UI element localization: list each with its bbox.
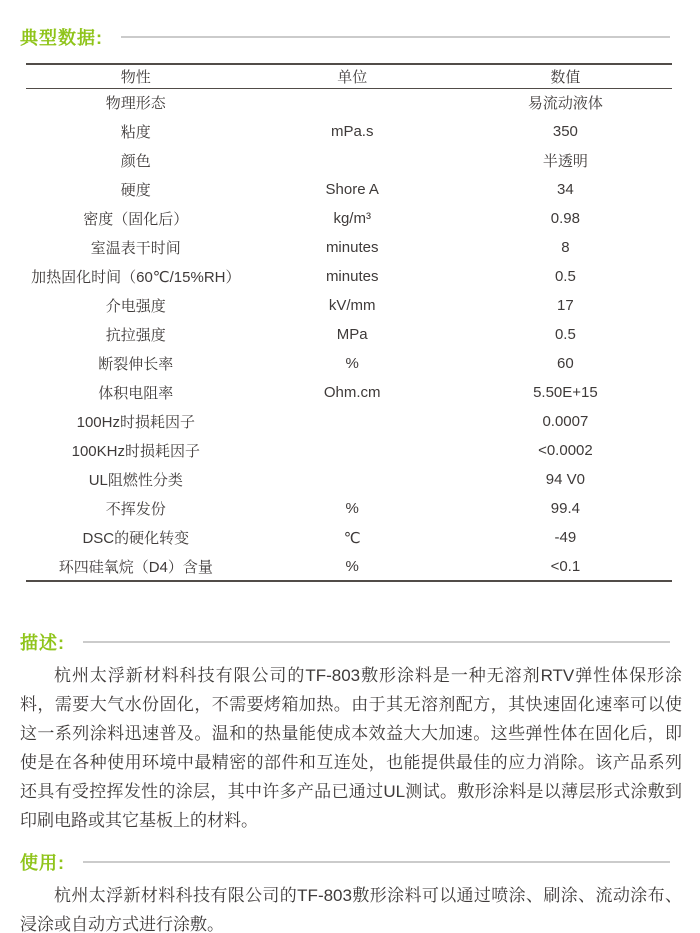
property-cell: 颜色 (26, 146, 246, 175)
property-cell: 不挥发份 (26, 494, 246, 523)
value-cell: -49 (459, 523, 672, 552)
typical-data-section-header: 典型数据: (20, 24, 682, 50)
value-cell: 94 V0 (459, 465, 672, 494)
description-title: 描述: (20, 629, 65, 655)
usage-paragraph: 杭州太浮新材料科技有限公司的TF-803敷形涂料可以通过喷涂、刷涂、流动涂布、浸… (20, 881, 682, 933)
unit-cell: minutes (246, 262, 459, 291)
usage-title: 使用: (20, 849, 65, 875)
value-cell: 34 (459, 175, 672, 204)
description-section-header: 描述: (20, 629, 682, 655)
table-row: 介电强度 kV/mm 17 (26, 291, 672, 320)
column-header-value: 数值 (459, 64, 672, 88)
typical-data-title: 典型数据: (20, 24, 103, 50)
value-cell: 5.50E+15 (459, 378, 672, 407)
unit-cell (246, 436, 459, 465)
table-row: 体积电阻率 Ohm.cm 5.50E+15 (26, 378, 672, 407)
column-header-unit: 单位 (246, 64, 459, 88)
unit-cell: mPa.s (246, 117, 459, 146)
table-row: 100KHz时损耗因子 <0.0002 (26, 436, 672, 465)
unit-cell (246, 407, 459, 436)
property-cell: 密度（固化后） (26, 204, 246, 233)
unit-cell (246, 88, 459, 117)
typical-data-table: 物性 单位 数值 物理形态 易流动液体 粘度 mPa.s 350 颜色 半透明 … (26, 63, 672, 582)
table-row: 室温表干时间 minutes 8 (26, 233, 672, 262)
table-header-row: 物性 单位 数值 (26, 64, 672, 88)
property-cell: DSC的硬化转变 (26, 523, 246, 552)
value-cell: <0.0002 (459, 436, 672, 465)
table-row: 不挥发份 % 99.4 (26, 494, 672, 523)
property-cell: 物理形态 (26, 88, 246, 117)
property-cell: 室温表干时间 (26, 233, 246, 262)
table-row: 物理形态 易流动液体 (26, 88, 672, 117)
unit-cell: MPa (246, 320, 459, 349)
unit-cell: minutes (246, 233, 459, 262)
value-cell: 99.4 (459, 494, 672, 523)
unit-cell: % (246, 552, 459, 581)
value-cell: 半透明 (459, 146, 672, 175)
value-cell: <0.1 (459, 552, 672, 581)
unit-cell: ℃ (246, 523, 459, 552)
unit-cell: % (246, 494, 459, 523)
value-cell: 8 (459, 233, 672, 262)
unit-cell (246, 465, 459, 494)
property-cell: 环四硅氧烷（D4）含量 (26, 552, 246, 581)
table-row: 环四硅氧烷（D4）含量 % <0.1 (26, 552, 672, 581)
value-cell: 0.98 (459, 204, 672, 233)
value-cell: 0.5 (459, 320, 672, 349)
value-cell: 350 (459, 117, 672, 146)
property-cell: 加热固化时间（60℃/15%RH） (26, 262, 246, 291)
datasheet-page: 典型数据: 物性 单位 数值 物理形态 易流动液体 粘度 mPa.s 350 颜… (0, 0, 700, 933)
unit-cell: % (246, 349, 459, 378)
unit-cell: Shore A (246, 175, 459, 204)
divider-line (83, 641, 670, 643)
table-row: 颜色 半透明 (26, 146, 672, 175)
property-cell: 抗拉强度 (26, 320, 246, 349)
unit-cell: Ohm.cm (246, 378, 459, 407)
table-row: 粘度 mPa.s 350 (26, 117, 672, 146)
divider-line (121, 36, 670, 38)
table-row: 加热固化时间（60℃/15%RH） minutes 0.5 (26, 262, 672, 291)
value-cell: 17 (459, 291, 672, 320)
column-header-property: 物性 (26, 64, 246, 88)
divider-line (83, 861, 670, 863)
property-cell: 断裂伸长率 (26, 349, 246, 378)
value-cell: 60 (459, 349, 672, 378)
property-cell: 粘度 (26, 117, 246, 146)
value-cell: 易流动液体 (459, 88, 672, 117)
property-cell: 硬度 (26, 175, 246, 204)
unit-cell (246, 146, 459, 175)
property-cell: 100KHz时损耗因子 (26, 436, 246, 465)
table-row: 抗拉强度 MPa 0.5 (26, 320, 672, 349)
table-row: 密度（固化后） kg/m³ 0.98 (26, 204, 672, 233)
table-header: 物性 单位 数值 (26, 64, 672, 88)
table-row: 硬度 Shore A 34 (26, 175, 672, 204)
property-cell: UL阻燃性分类 (26, 465, 246, 494)
table-row: DSC的硬化转变 ℃ -49 (26, 523, 672, 552)
unit-cell: kg/m³ (246, 204, 459, 233)
property-cell: 介电强度 (26, 291, 246, 320)
table-row: 100Hz时损耗因子 0.0007 (26, 407, 672, 436)
unit-cell: kV/mm (246, 291, 459, 320)
description-paragraph: 杭州太浮新材料科技有限公司的TF-803敷形涂料是一种无溶剂RTV弹性体保形涂料… (20, 661, 682, 835)
usage-section-header: 使用: (20, 849, 682, 875)
typical-data-rows: 物理形态 易流动液体 粘度 mPa.s 350 颜色 半透明 硬度 Shore … (26, 88, 672, 581)
property-cell: 体积电阻率 (26, 378, 246, 407)
value-cell: 0.0007 (459, 407, 672, 436)
table-row: 断裂伸长率 % 60 (26, 349, 672, 378)
table-row: UL阻燃性分类 94 V0 (26, 465, 672, 494)
property-cell: 100Hz时损耗因子 (26, 407, 246, 436)
value-cell: 0.5 (459, 262, 672, 291)
